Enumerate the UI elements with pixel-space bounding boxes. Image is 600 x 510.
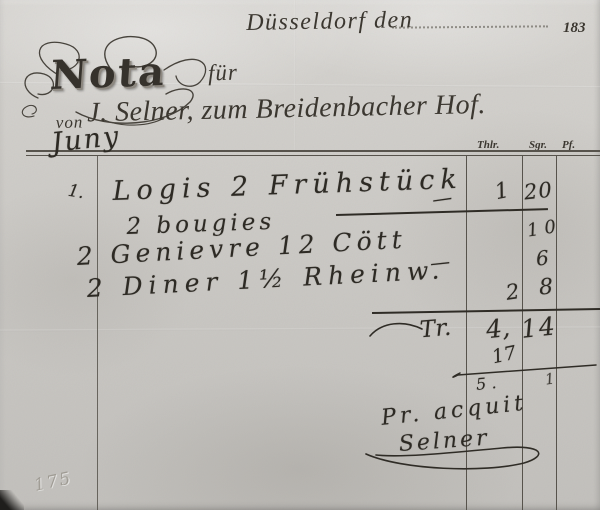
dateline-year: 183 <box>563 20 586 37</box>
scan-corner-shadow <box>0 490 24 510</box>
nota-for-label: für <box>208 59 239 86</box>
postscript-thlr: 5 . <box>475 373 497 394</box>
postscript-pf: 1 <box>544 369 556 388</box>
entry-sgr: 8 <box>538 275 554 301</box>
invoice-paper: Düsseldorf den 183 Nota für von J. Selne… <box>0 0 600 510</box>
total-flourish <box>368 318 424 340</box>
entry-number: 1. <box>66 181 85 204</box>
entry-sgr: 20 <box>523 178 554 205</box>
dateline-place: Düsseldorf den <box>246 7 413 37</box>
nota-title: Nota <box>49 48 168 99</box>
total-label: Tr. <box>419 315 452 344</box>
total-thlr: 4, <box>485 313 512 344</box>
signature-flourish <box>362 440 552 476</box>
postscript-rule <box>450 360 600 380</box>
column-rule <box>97 156 98 510</box>
total-sgr: 14 <box>520 311 559 344</box>
header-rule <box>26 155 600 156</box>
entry-sgr: 6 <box>535 245 550 270</box>
entry-dash: — <box>430 185 453 212</box>
